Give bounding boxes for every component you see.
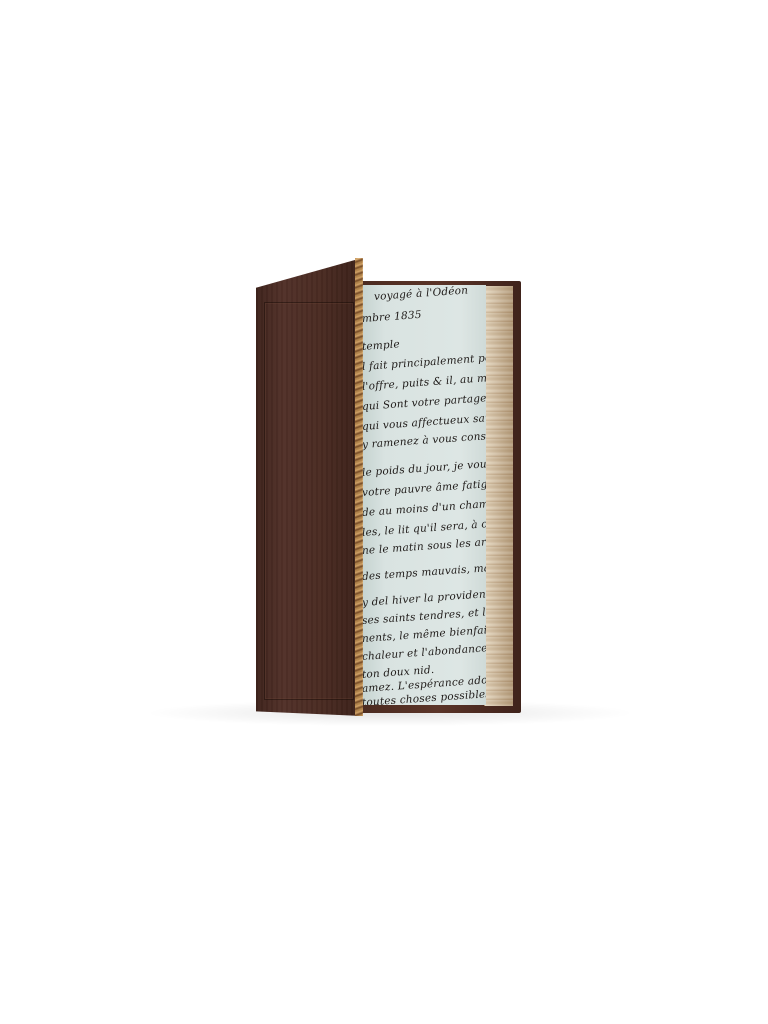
manuscript-line: des temps mauvais, mais car bbox=[362, 560, 486, 583]
manuscript-line: qui vous affectueux sans presque bbox=[362, 408, 486, 433]
front-cover bbox=[256, 258, 362, 716]
manuscript-line: l fait principalement pourtant bbox=[362, 350, 486, 373]
gilt-spine-edge bbox=[355, 258, 363, 716]
manuscript-line: voyagé à l'Odéon bbox=[374, 285, 469, 303]
manuscript-line: temple bbox=[362, 338, 401, 353]
manuscript-line: chaleur et l'abondance, et bbox=[362, 641, 486, 663]
manuscript-line: y del hiver la providence bbox=[362, 587, 486, 609]
blind-tooled-border bbox=[264, 302, 354, 700]
page-edges bbox=[484, 286, 513, 706]
manuscript-line: votre pauvre âme fatiguée bbox=[362, 477, 486, 499]
manuscript-line: les, le lit qu'il sera, à cela bbox=[362, 517, 486, 539]
manuscript-page: voyagé à l'Odéon mbre 1835 temple l fait… bbox=[360, 285, 486, 705]
manuscript-line: mbre 1835 bbox=[362, 309, 422, 325]
manuscript-line: qui Sont votre partageons de bbox=[362, 390, 486, 413]
manuscript-line: de au moins d'un champ bbox=[362, 498, 486, 519]
manuscript-line: le poids du jour, je voudrois bbox=[362, 456, 486, 479]
manuscript-line: l'offre, puits & il, au milieu bbox=[362, 371, 486, 393]
